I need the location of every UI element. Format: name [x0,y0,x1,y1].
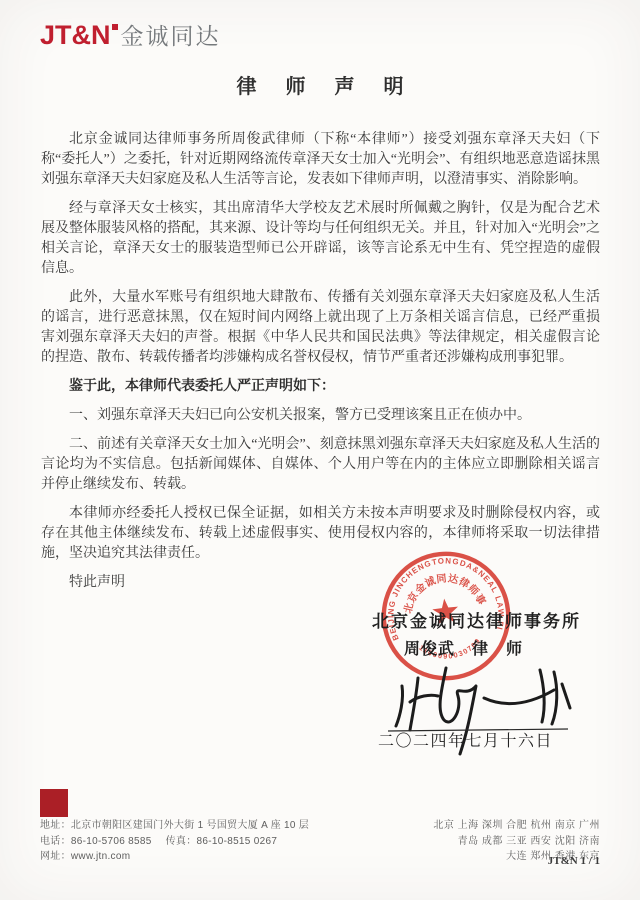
footer-contact-info: 地址：北京市朝阳区建国门外大街 1 号国贸大厦 A 座 10 层 电话：86-1… [40,818,309,865]
paragraph-verification: 经与章泽天女士核实，其出席清华大学校友艺术展时所佩戴之胸针，仅是为配合艺术展及整… [41,199,600,279]
paragraph-intro: 北京金诚同达律师事务所周俊武律师（下称“本律师”）接受刘强东章泽天夫妇（下称“委… [41,130,600,190]
logo-jtn-text: JT&N [40,22,111,49]
address-value: 北京市朝阳区建国门外大街 1 号国贸大厦 A 座 10 层 [71,820,309,831]
footer-web-line: 网址：www.jtn.com [40,849,309,865]
fax-value: 86-10-8515 0267 [197,836,278,847]
statement-item-2: 二、前述有关章泽天女士加入“光明会”、刻意抹黑刘强东章泽天夫妇家庭及私人生活的言… [41,435,600,495]
phone-value: 86-10-5706 8585 [71,836,152,847]
web-value: www.jtn.com [71,851,130,862]
lawyer-statement-page: JT&N 金诚同达 律 师 声 明 北京金诚同达律师事务所周俊武律师（下称“本律… [0,0,640,900]
footer-brand-square-icon [40,789,68,817]
page-title: 律 师 声 明 [0,70,640,99]
address-label: 地址： [40,820,71,831]
page-number-marker: JT&N 1 / 1 [548,855,600,867]
notice-heading: 鉴于此，本律师代表委托人严正声明如下： [41,377,600,397]
fax-label: 传真： [166,836,197,847]
closing-statement: 特此声明 [41,573,600,593]
phone-label: 电话： [40,836,71,847]
signature-lawyer-name: 周俊武 律 师 [404,636,523,659]
logo-square-icon [112,24,118,30]
footer-phone-line: 电话：86-10-5706 8585传真：86-10-8515 0267 [40,834,309,850]
footer-address-line: 地址：北京市朝阳区建国门外大街 1 号国贸大厦 A 座 10 层 [40,818,309,834]
web-label: 网址： [40,851,71,862]
paragraph-rumors: 此外，大量水军账号有组织地大肆散布、传播有关刘强东章泽天夫妇家庭及私人生活的谣言… [41,288,600,368]
logo-chinese-name: 金诚同达 [121,25,221,48]
signature-firm-name: 北京金诚同达律师事务所 [372,607,588,632]
statement-body: 北京金诚同达律师事务所周俊武律师（下称“本律师”）接受刘强东章泽天夫妇（下称“委… [41,130,600,602]
signature-date: 二〇二四年七月十六日 [378,728,553,751]
paragraph-evidence: 本律师亦经委托人授权已保全证据，如相关方未按本声明要求及时删除侵权内容，或存在其… [41,504,600,564]
cities-line-1: 北京 上海 深圳 合肥 杭州 南京 广州 [433,818,600,834]
cities-line-2: 青岛 成都 三亚 西安 沈阳 济南 [433,834,600,850]
statement-item-1: 一、刘强东章泽天夫妇已向公安机关报案，警方已受理该案且正在侦办中。 [41,406,600,426]
firm-logo: JT&N 金诚同达 [40,22,221,49]
